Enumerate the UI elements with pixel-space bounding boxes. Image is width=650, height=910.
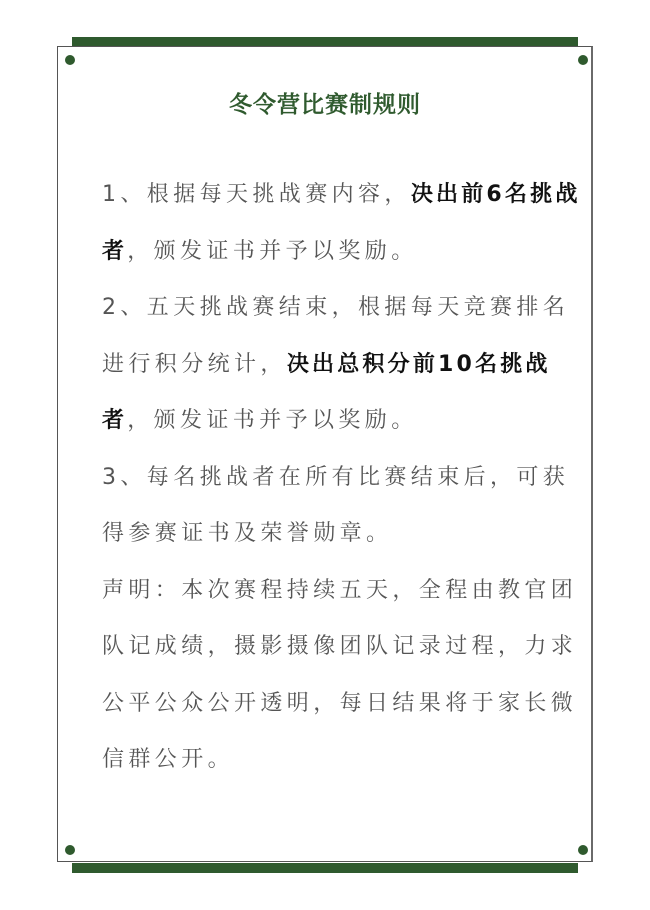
bold-text: 者 (102, 408, 127, 433)
rule-2-line-2: 进行积分统计，决出总积分前10名挑战 (102, 346, 572, 403)
text: 得参赛证书及荣誉勋章。 (102, 521, 392, 546)
bold-text: 决出总积分前10名挑战 (287, 352, 551, 377)
rule-3-line-2: 得参赛证书及荣誉勋章。 (102, 515, 572, 572)
statement-line-3: 公平公众公开透明，每日结果将于家长微 (102, 685, 572, 742)
rule-1-line-2: 者，颁发证书并予以奖励。 (102, 233, 572, 290)
text: 3、每名挑战者在所有比赛结束后，可获 (102, 465, 569, 490)
statement-line-4: 信群公开。 (102, 741, 572, 798)
text: 队记成绩，摄影摄像团队记录过程，力求 (102, 634, 577, 659)
text: 信群公开。 (102, 747, 234, 772)
text: 1、根据每天挑战赛内容， (102, 182, 411, 207)
text: 2、五天挑战赛结束，根据每天竞赛排名 (102, 295, 569, 320)
page-title: 冬令营比赛制规则 (0, 86, 650, 119)
text: 进行积分统计， (102, 352, 287, 377)
corner-dot-icon (65, 55, 75, 65)
rule-3-line-1: 3、每名挑战者在所有比赛结束后，可获 (102, 459, 572, 516)
corner-dot-icon (578, 845, 588, 855)
rule-2-line-3: 者，颁发证书并予以奖励。 (102, 402, 572, 459)
bold-text: 者 (102, 239, 127, 264)
bottom-decorative-bar (72, 863, 578, 873)
rules-content: 1、根据每天挑战赛内容，决出前6名挑战 者，颁发证书并予以奖励。 2、五天挑战赛… (102, 176, 572, 798)
text: ，颁发证书并予以奖励。 (127, 408, 417, 433)
top-decorative-bar (72, 37, 578, 46)
text: 公平公众公开透明，每日结果将于家长微 (102, 691, 577, 716)
statement-line-1: 声明：本次赛程持续五天，全程由教官团 (102, 572, 572, 629)
rule-2-line-1: 2、五天挑战赛结束，根据每天竞赛排名 (102, 289, 572, 346)
corner-dot-icon (578, 55, 588, 65)
text: 声明：本次赛程持续五天，全程由教官团 (102, 578, 577, 603)
bold-text: 决出前6名挑战 (411, 182, 581, 207)
statement-line-2: 队记成绩，摄影摄像团队记录过程，力求 (102, 628, 572, 685)
text: ，颁发证书并予以奖励。 (127, 239, 417, 264)
corner-dot-icon (65, 845, 75, 855)
rule-1-line-1: 1、根据每天挑战赛内容，决出前6名挑战 (102, 176, 572, 233)
